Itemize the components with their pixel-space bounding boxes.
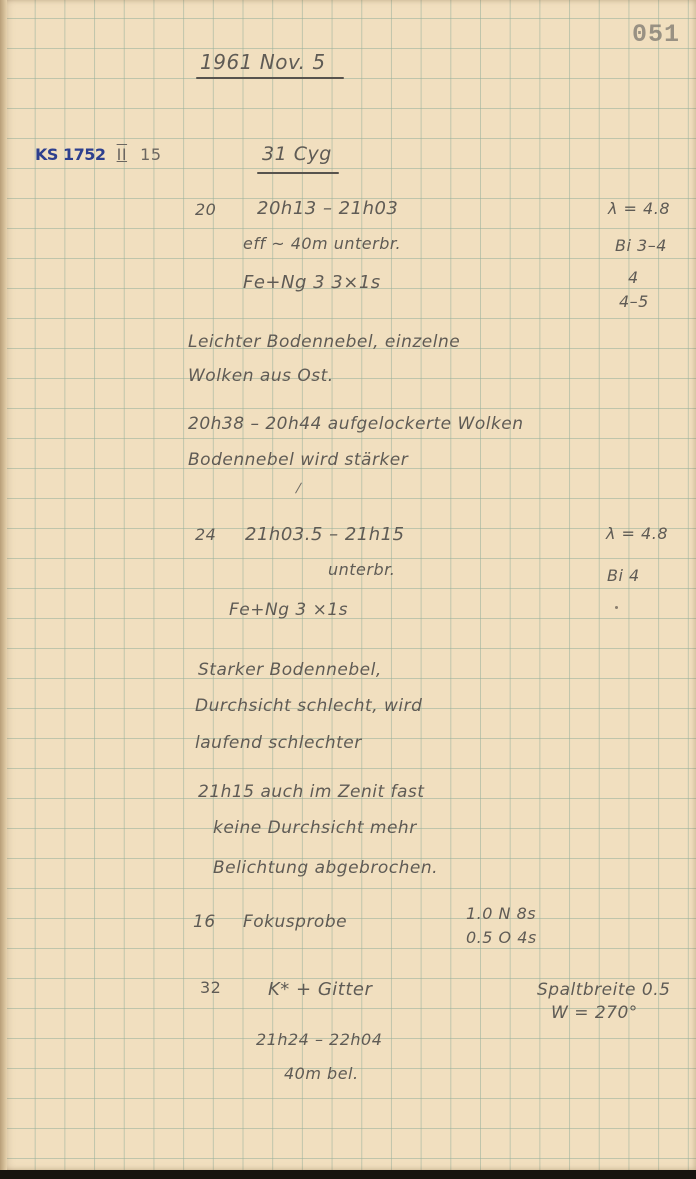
entry-remark: laufend schlechter: [195, 733, 362, 753]
entry-exposure-note: eff ~ 40m unterbr.: [243, 234, 401, 253]
entry-remark: Leichter Bodennebel, einzelne: [188, 332, 460, 352]
pencil-mark: [295, 483, 302, 494]
object-underline: [257, 172, 339, 174]
entry-time-range: 21h24 – 22h04: [256, 1030, 382, 1049]
entry-number: 24: [195, 525, 216, 544]
entry-label: K* + Gitter: [268, 979, 372, 1000]
entry-right-note: W = 270°: [551, 1003, 638, 1023]
date-heading: 1961 Nov. 5: [200, 50, 326, 74]
entry-right-note: Bi 4: [607, 566, 640, 585]
entry-exposure-note: 40m bel.: [284, 1064, 359, 1083]
page-binding-edge: [0, 0, 7, 1170]
entry-right-note: 0.5 O 4s: [466, 928, 537, 947]
plate-reference-prefix: KS 1752: [35, 145, 106, 164]
entry-right-note: Spaltbreite 0.5: [537, 980, 670, 1000]
page-number-stamp: 051: [632, 20, 680, 49]
entry-number: 16: [193, 912, 216, 932]
plate-reference-suffix: 15: [140, 145, 161, 164]
entry-time-range: 21h03.5 – 21h15: [245, 524, 405, 545]
entry-exposure-note: unterbr.: [328, 560, 395, 579]
entry-remark: Wolken aus Ost.: [188, 366, 334, 386]
plate-reference: KS 1752 II 15: [35, 145, 162, 164]
notebook-page: 051 1961 Nov. 5 KS 1752 II 15 31 Cyg 20 …: [0, 0, 696, 1170]
entry-remark: 20h38 – 20h44 aufgelockerte Wolken: [188, 414, 524, 434]
entry-right-note: λ = 4.8: [606, 524, 668, 543]
entry-label: Fokusprobe: [243, 912, 347, 932]
entry-right-note: λ = 4.8: [608, 199, 670, 218]
date-underline: [196, 77, 344, 79]
entry-remark: Starker Bodennebel,: [198, 660, 382, 680]
object-heading: 31 Cyg: [262, 143, 332, 165]
entry-number: 32: [200, 978, 221, 997]
entry-right-note: 1.0 N 8s: [466, 904, 536, 923]
entry-right-note: Bi 3–4: [615, 236, 667, 255]
entry-right-note: 4: [628, 268, 639, 287]
entry-number: 20: [195, 200, 216, 219]
entry-remark: 21h15 auch im Zenit fast: [198, 782, 424, 802]
entry-comparison: Fe+Ng 3 ×1s: [229, 600, 348, 620]
entry-comparison: Fe+Ng 3 3×1s: [243, 272, 381, 293]
ink-speck: [615, 606, 618, 609]
entry-time-range: 20h13 – 21h03: [257, 198, 398, 219]
plate-reference-roman: II: [117, 145, 127, 164]
entry-remark: keine Durchsicht mehr: [213, 818, 417, 838]
entry-remark: Belichtung abgebrochen.: [213, 858, 438, 878]
page-bottom-edge: [0, 1170, 696, 1179]
entry-remark: Bodennebel wird stärker: [188, 450, 408, 470]
entry-remark: Durchsicht schlecht, wird: [195, 696, 422, 716]
entry-right-note: 4–5: [619, 292, 649, 311]
